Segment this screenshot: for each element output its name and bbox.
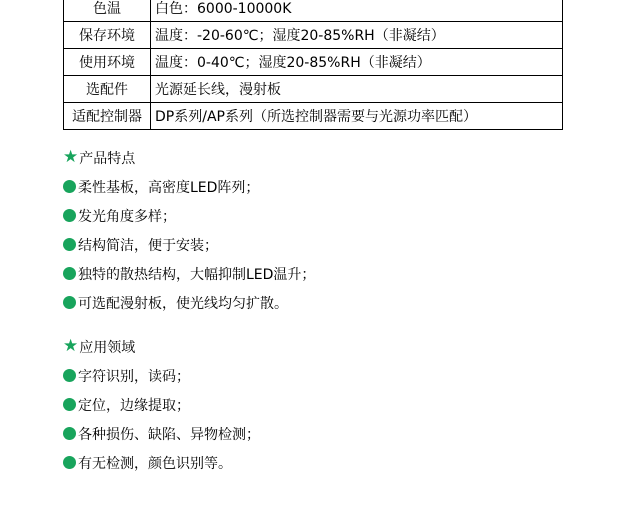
list-item: 发光角度多样； [63,201,315,230]
list-item: 有无检测，颜色识别等。 [63,448,260,477]
application-item-text: 各种损伤、缺陷、异物检测； [78,424,260,444]
spec-row-label: 保存环境 [64,22,151,49]
section-heading-row: ★ 产品特点 [63,143,315,172]
circle-bullet-icon [63,456,76,469]
circle-bullet-icon [63,209,76,222]
circle-bullet-icon [63,267,76,280]
table-row: 保存环境 温度：-20-60℃；湿度20-85%RH（非凝结） [64,22,563,49]
circle-bullet-icon [63,180,76,193]
spec-row-label: 选配件 [64,76,151,103]
table-row: 使用环境 温度：0-40℃；湿度20-85%RH（非凝结） [64,49,563,76]
features-heading: 产品特点 [79,148,135,168]
application-item-text: 字符识别，读码； [78,366,190,386]
feature-item-text: 可选配漫射板，使光线均匀扩散。 [78,293,288,313]
spec-row-value: 温度：0-40℃；湿度20-85%RH（非凝结） [151,49,563,76]
table-row: 选配件 光源延长线，漫射板 [64,76,563,103]
spec-row-value: 白色：6000-10000K [151,0,563,22]
product-spec-page: 色温 白色：6000-10000K 保存环境 温度：-20-60℃；湿度20-8… [0,0,629,512]
circle-bullet-icon [63,238,76,251]
star-icon: ★ [63,149,78,166]
section-heading-row: ★ 应用领域 [63,332,260,361]
star-icon: ★ [63,338,78,355]
spec-table: 色温 白色：6000-10000K 保存环境 温度：-20-60℃；湿度20-8… [63,0,563,130]
circle-bullet-icon [63,296,76,309]
applications-heading: 应用领域 [79,337,135,357]
list-item: 柔性基板，高密度LED阵列； [63,172,315,201]
table-row: 色温 白色：6000-10000K [64,0,563,22]
spec-row-label: 适配控制器 [64,103,151,130]
table-row: 适配控制器 DP系列/AP系列（所选控制器需要与光源功率匹配） [64,103,563,130]
list-item: 字符识别，读码； [63,361,260,390]
application-item-text: 定位，边缘提取； [78,395,190,415]
application-item-text: 有无检测，颜色识别等。 [78,453,232,473]
circle-bullet-icon [63,427,76,440]
spec-row-value: 温度：-20-60℃；湿度20-85%RH（非凝结） [151,22,563,49]
feature-item-text: 结构简洁，便于安装； [78,235,218,255]
features-section: ★ 产品特点 柔性基板，高密度LED阵列； 发光角度多样； 结构简洁，便于安装；… [63,143,315,317]
spec-row-value: 光源延长线，漫射板 [151,76,563,103]
list-item: 可选配漫射板，使光线均匀扩散。 [63,288,315,317]
list-item: 独特的散热结构，大幅抑制LED温升； [63,259,315,288]
spec-row-value: DP系列/AP系列（所选控制器需要与光源功率匹配） [151,103,563,130]
applications-section: ★ 应用领域 字符识别，读码； 定位，边缘提取； 各种损伤、缺陷、异物检测； 有… [63,332,260,477]
feature-item-text: 发光角度多样； [78,206,176,226]
list-item: 结构简洁，便于安装； [63,230,315,259]
list-item: 定位，边缘提取； [63,390,260,419]
feature-item-text: 柔性基板，高密度LED阵列； [78,177,259,197]
circle-bullet-icon [63,369,76,382]
spec-row-label: 使用环境 [64,49,151,76]
spec-row-label: 色温 [64,0,151,22]
feature-item-text: 独特的散热结构，大幅抑制LED温升； [78,264,315,284]
list-item: 各种损伤、缺陷、异物检测； [63,419,260,448]
circle-bullet-icon [63,398,76,411]
